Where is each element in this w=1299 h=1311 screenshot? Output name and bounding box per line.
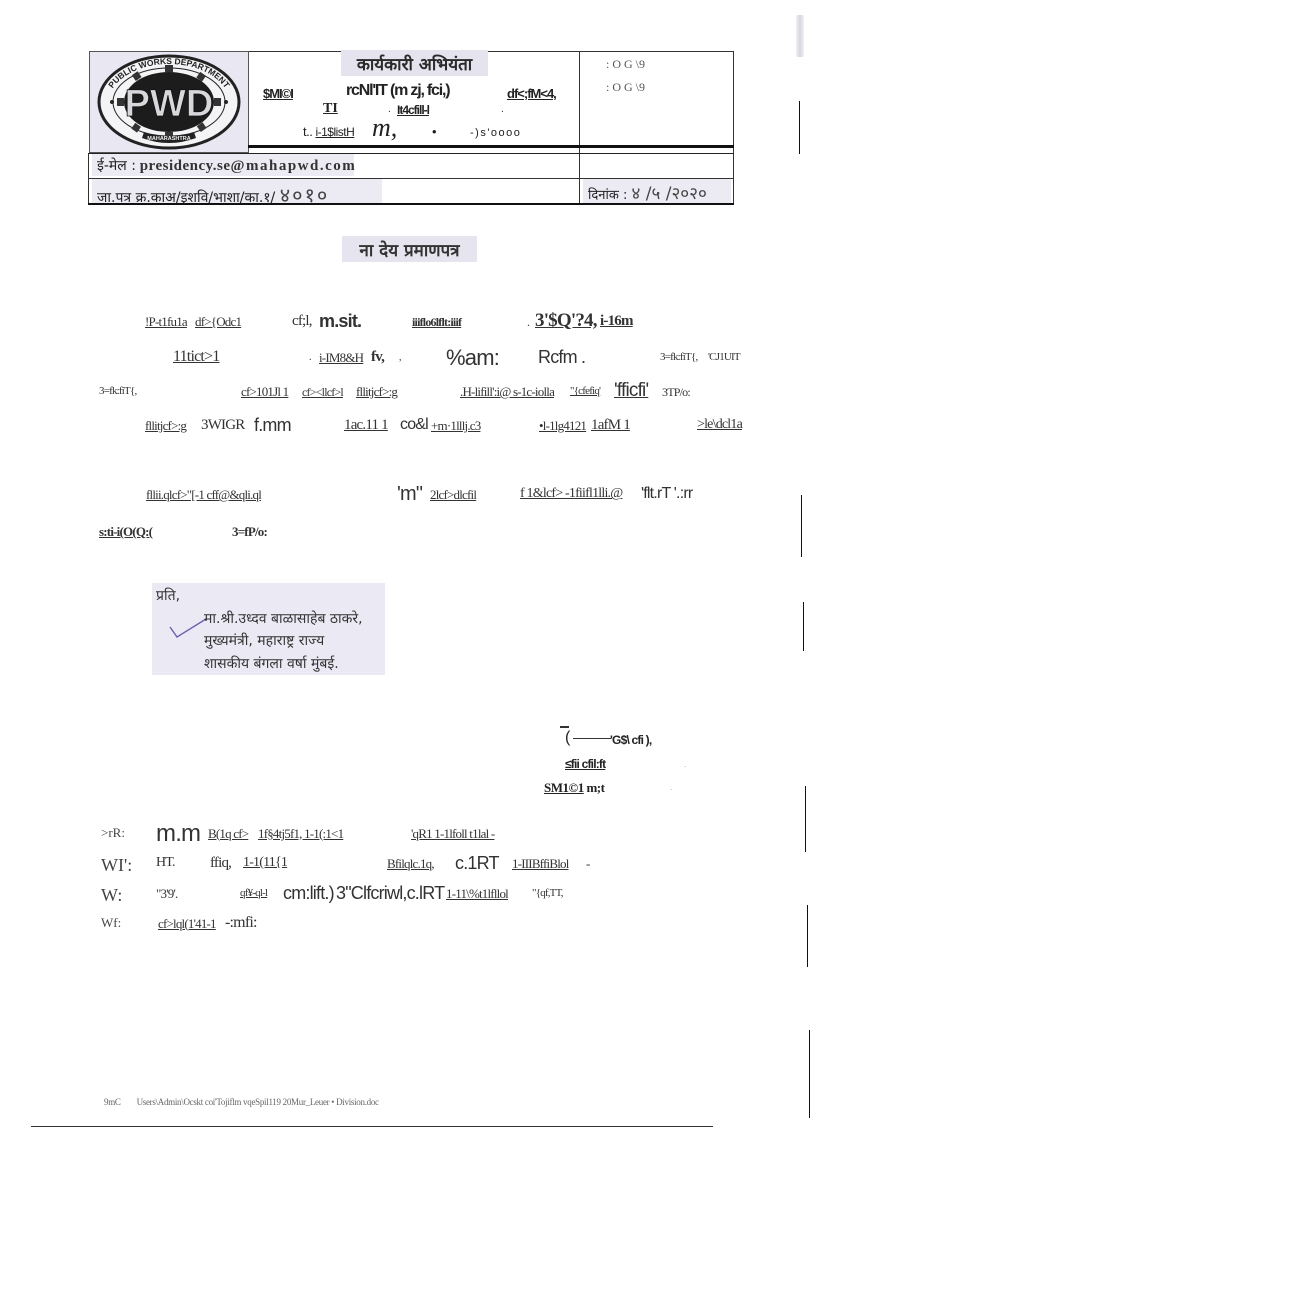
body-word: i-16m bbox=[600, 313, 633, 330]
date-label: दिनांक : bbox=[588, 188, 627, 203]
email-label: ई-मेल : bbox=[97, 158, 136, 174]
date-row: दिनांक : ४ /५ /२०२० bbox=[588, 181, 707, 204]
body-word: 3=fk:fiT{, bbox=[99, 385, 136, 397]
body-word: 3'$Q'?4, bbox=[535, 310, 597, 332]
body-word: 3TP/o: bbox=[662, 385, 690, 400]
body-word: %am: bbox=[446, 345, 499, 371]
copy-to-text: 1-IIIBffiBlol bbox=[512, 856, 569, 872]
copy-to-text: c.1RT bbox=[455, 853, 499, 874]
body-word: fllitjcf>:g bbox=[356, 384, 397, 400]
body-word: "{cfefiq' bbox=[570, 385, 600, 397]
address-punct: . bbox=[501, 104, 504, 115]
address-word: $MI©I bbox=[263, 86, 293, 101]
reference-label: जा.पत्र क्र.काअ/इशवि/भाशा/का.१/ bbox=[97, 190, 275, 206]
copy-to-text: cm:lift.) bbox=[283, 883, 334, 904]
body-word: 'm" bbox=[397, 483, 422, 506]
recipient-salutation: प्रति, bbox=[156, 586, 180, 605]
copy-to-text: B(1q cf> bbox=[208, 826, 248, 842]
phone-line-1: : O G \9 bbox=[606, 57, 645, 72]
body-word: iiiflo6lflt:iiif bbox=[412, 315, 461, 330]
body-word: 'CJ1UIT bbox=[708, 351, 740, 363]
body-word: df>{Odc1 bbox=[195, 314, 241, 330]
signature-line bbox=[573, 738, 611, 739]
copy-to-text: HT. bbox=[156, 855, 175, 871]
margin-change-bar bbox=[805, 786, 806, 852]
copy-to-text: "3'9'. bbox=[156, 886, 177, 902]
address-word: df<;fM<4, bbox=[507, 86, 556, 101]
body-word: fllitjcf>:g bbox=[145, 418, 186, 434]
margin-change-bar bbox=[803, 602, 804, 651]
signature-dot: . bbox=[670, 783, 672, 792]
signature-office-word: SM1©1 bbox=[544, 780, 584, 795]
footer-file-path: 9mC Users\Admin\Ocskt coi'Tojiflm vqeSpi… bbox=[104, 1097, 379, 1107]
body-word: fllii.qlcf>"[-1 cff@&qli.ql bbox=[146, 487, 261, 503]
body-word: Rcfm . bbox=[538, 347, 585, 368]
copy-to-text: Bfilqlc.1q, bbox=[387, 856, 434, 872]
body-word: s:ti-i(O(Q:( bbox=[99, 524, 152, 540]
body-word: , bbox=[399, 352, 401, 363]
address-word: t.. bbox=[303, 124, 312, 139]
copy-to-text: 1f§4tj5f1, 1-1(:1<1 bbox=[258, 826, 343, 842]
copy-to-number: >rR: bbox=[101, 825, 125, 841]
svg-text:MAHARASHTRA: MAHARASHTRA bbox=[147, 136, 190, 142]
body-word: .H-lifill':i@ s-1c-iolla bbox=[460, 384, 554, 400]
body-word: i-IM8&H bbox=[319, 350, 363, 366]
copy-to-text: 3"Clfcriwl,c.lRT bbox=[336, 883, 444, 904]
body-word: . bbox=[527, 315, 529, 330]
body-word: 1afM 1 bbox=[591, 417, 630, 434]
right-border bbox=[733, 51, 734, 205]
email-user: presidency.se bbox=[140, 158, 231, 174]
signature-office: SM1©1 m;t bbox=[544, 780, 604, 796]
margin-change-bar bbox=[801, 495, 802, 557]
body-word: 1ac.11 1 bbox=[344, 417, 388, 434]
copy-to-text: "{qf,TT, bbox=[532, 887, 563, 899]
copy-to-text: -:mfi: bbox=[225, 914, 257, 932]
copy-to-text: ffiq, bbox=[210, 855, 231, 872]
footer-path-value: Users\Admin\Ocskt coi'Tojiflm vqeSpil119… bbox=[137, 1097, 379, 1107]
address-word: It4cfill-l bbox=[397, 103, 429, 117]
body-word: 11tict>1 bbox=[173, 348, 219, 366]
address-word: rcNl'IT (m zj, fci,) bbox=[346, 82, 449, 99]
pwd-logo: PWD PUBLIC WORKS DEPARTMENT MAHARASHTRA bbox=[89, 51, 249, 153]
body-word: 'flt.rT '.:rr bbox=[641, 485, 692, 503]
signature-dot: . bbox=[684, 760, 686, 769]
footer-path-label: 9mC bbox=[104, 1097, 121, 1107]
body-word: 3WIGR bbox=[201, 417, 245, 434]
copy-to-text: 'qR1 1-1lfoll t1lal - bbox=[411, 826, 494, 842]
body-word: >le\dcl1a bbox=[697, 417, 742, 433]
signature-name: 'G$\ cfi ), bbox=[610, 733, 651, 747]
address-bullet: • bbox=[432, 124, 437, 139]
left-border bbox=[88, 153, 89, 205]
office-title: कार्यकारी अभियंता bbox=[341, 52, 488, 75]
recipient-address-box: प्रति, मा.श्री.उध्दव बाळासाहेब ठाकरे, मु… bbox=[152, 583, 385, 675]
body-word: 3=fk:fiT{, bbox=[660, 351, 697, 363]
body-word: +m·1lllj.c3 bbox=[431, 418, 480, 434]
body-word: 'fficfi' bbox=[614, 380, 648, 402]
address-word: TI bbox=[323, 101, 338, 116]
pin-code: -)s'oooo bbox=[470, 127, 521, 139]
address-word: m, bbox=[372, 113, 397, 142]
checkmark-icon bbox=[168, 617, 208, 643]
email-row: ई-मेल : presidency.se@mahapwd.com bbox=[97, 156, 356, 175]
svg-text:PWD: PWD bbox=[125, 83, 214, 125]
body-word: f.mm bbox=[254, 415, 291, 436]
header-separator bbox=[248, 145, 734, 148]
date-value: ४ /५ /२०२० bbox=[632, 184, 707, 204]
copy-to-text: cf>lql(1'41-1 bbox=[158, 916, 216, 932]
certificate-title: ना देय प्रमाणपत्र bbox=[342, 238, 477, 261]
copy-to-number: WI': bbox=[101, 855, 132, 876]
recipient-address: शासकीय बंगला वर्षा मुंबई. bbox=[204, 654, 339, 673]
margin-change-bar bbox=[799, 101, 800, 154]
signature-office-word: m;t bbox=[586, 780, 604, 795]
reference-row: जा.पत्र क्र.काअ/इशवि/भाशा/का.१/ ४०१० bbox=[97, 181, 329, 208]
body-word: f 1&lcf> -1fiifl1lli.@ bbox=[520, 486, 622, 502]
body-word: 3=fP/o: bbox=[232, 524, 267, 540]
body-word: co&l bbox=[400, 416, 428, 434]
copy-to-text: 1-11\%t1lfllol bbox=[446, 886, 508, 902]
copy-to-text: - bbox=[586, 856, 590, 872]
body-word: fv, bbox=[371, 349, 384, 366]
copy-to-number: W: bbox=[101, 885, 122, 906]
signature-designation: ≤fii cfil:ft bbox=[565, 757, 605, 771]
copy-to-number: Wf: bbox=[101, 915, 121, 931]
address-word: i-1$listH bbox=[315, 125, 354, 139]
reference-number: ४०१० bbox=[280, 183, 330, 207]
column-divider bbox=[579, 51, 580, 205]
letterhead-top-border bbox=[248, 51, 734, 52]
body-word: cf>101Jl 1 bbox=[241, 384, 288, 400]
copy-to-text: m.m bbox=[156, 820, 200, 848]
body-word: 2lcf>dlcfil bbox=[430, 487, 476, 503]
signature-mark bbox=[560, 726, 569, 728]
body-word: •l-1lg4121 bbox=[539, 418, 586, 434]
body-word: !P-t1fu1a bbox=[145, 314, 187, 330]
email-domain: @mahapwd.com bbox=[231, 158, 357, 174]
margin-change-bar bbox=[809, 1030, 810, 1118]
recipient-name: मा.श्री.उध्दव बाळासाहेब ठाकरे, bbox=[204, 609, 363, 628]
pwd-emblem-icon: PWD PUBLIC WORKS DEPARTMENT MAHARASHTRA bbox=[90, 52, 248, 152]
recipient-designation: मुख्यमंत्री, महाराष्ट्र राज्य bbox=[204, 631, 324, 650]
body-word: cf;l, bbox=[292, 313, 312, 330]
scrollbar-thumb[interactable] bbox=[796, 15, 804, 57]
phone-line-2: : O G \9 bbox=[606, 80, 645, 95]
footer-rule bbox=[31, 1126, 713, 1127]
body-word: . bbox=[309, 352, 311, 363]
body-word: m.sit. bbox=[319, 311, 361, 332]
copy-to-text: qf¥-ql-l bbox=[240, 887, 267, 899]
body-word: cf><llcf>l bbox=[302, 385, 343, 400]
signature-paren: ( bbox=[565, 729, 570, 747]
margin-change-bar bbox=[807, 905, 808, 967]
copy-to-text: 1-1(11{1 bbox=[243, 855, 287, 871]
